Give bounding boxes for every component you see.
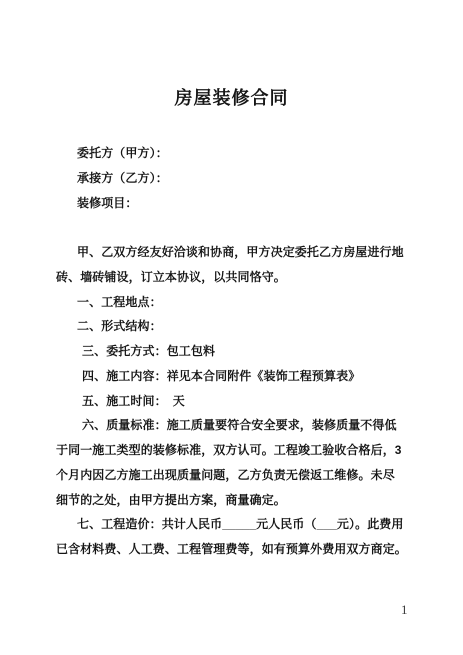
document-line-item-6-a: 六、质量标准：施工质量要符合安全要求，装修质量不得低 [56, 413, 409, 438]
document-line-item-6-b: 于同一施工类型的装修标准，双方认可。工程竣工验收合格后，3 [56, 438, 409, 463]
document-line-item-1: 一、工程地点： [56, 290, 409, 315]
document-line-project: 装修项目： [56, 191, 409, 216]
document-body: 委托方（甲方）： 承接方（乙方）： 装修项目： 甲、乙双方经友好洽谈和协商，甲方… [56, 141, 409, 562]
document-line-item-7-a: 七、工程造价：共计人民币_____元人民币（___元）。此费用 [56, 512, 409, 537]
document-line-item-6-c: 个月内因乙方施工出现质量问题，乙方负责无偿返工维修。未尽 [56, 463, 409, 488]
blank-line [56, 215, 409, 240]
document-line-item-7-b: 已含材料费、人工费、工程管理费等，如有预算外费用双方商定。 [56, 537, 409, 562]
document-page: 房屋装修合同 委托方（甲方）： 承接方（乙方）： 装修项目： 甲、乙双方经友好洽… [0, 0, 463, 655]
document-line-item-3: 三、委托方式：包工包料 [56, 339, 409, 364]
document-line-item-5: 五、施工时间： 天 [56, 389, 409, 414]
document-line-party-b: 承接方（乙方）： [56, 166, 409, 191]
document-line-item-2: 二、形式结构： [56, 314, 409, 339]
document-title: 房屋装修合同 [0, 84, 463, 110]
document-line-party-a: 委托方（甲方）： [56, 141, 409, 166]
document-line-item-6-d: 细节的之处，由甲方提出方案，商量确定。 [56, 488, 409, 513]
document-line-item-4: 四、施工内容：祥见本合同附件《装饰工程预算表》 [56, 364, 409, 389]
document-line-preamble-1: 甲、乙双方经友好洽谈和协商，甲方决定委托乙方房屋进行地 [56, 240, 409, 265]
page-number: 1 [401, 602, 408, 618]
document-line-preamble-2: 砖、墙砖铺设，订立本协议，以共同恪守。 [56, 265, 409, 290]
